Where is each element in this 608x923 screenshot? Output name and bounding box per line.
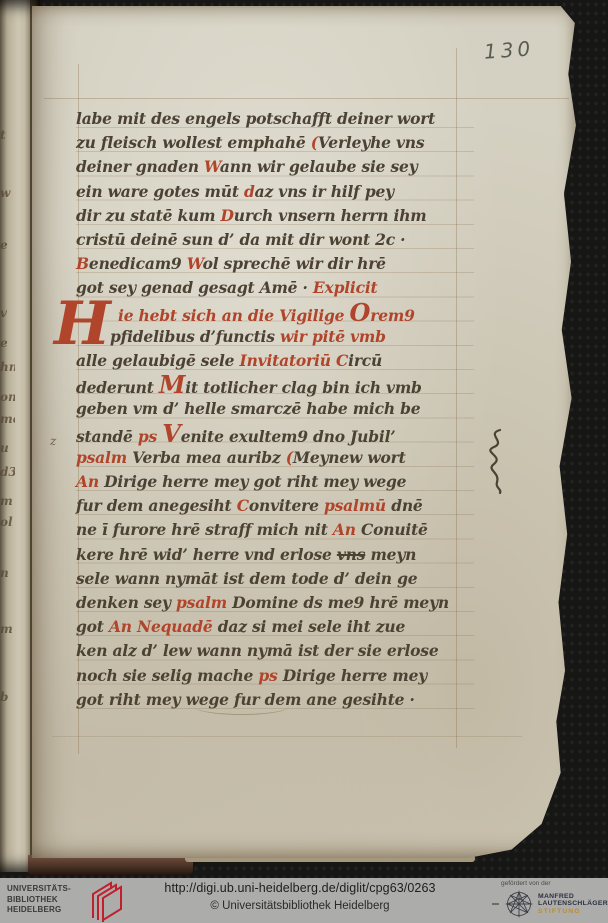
digitization-url: http://digi.ub.uni-heidelberg.de/diglit/…	[120, 881, 480, 895]
ruling-line-bottom	[52, 736, 522, 737]
edge-text-fragment: ol	[0, 515, 15, 529]
edge-text-fragment: ont	[0, 390, 15, 404]
manuscript-line: kere hrē wid’ herre vnd erlose vns meyn	[76, 543, 416, 567]
folio-number: 130	[483, 36, 535, 63]
manuscript-line: fur dem anegesiht Convitere psalmū dnē	[76, 494, 423, 518]
faint-pen-stroke	[194, 698, 289, 715]
footer-bar: UNIVERSITÄTS- BIBLIOTHEK HEIDELBERG http…	[0, 878, 608, 923]
footer-caption: http://digi.ub.uni-heidelberg.de/diglit/…	[120, 881, 480, 912]
book-bottom-edge	[28, 855, 193, 875]
edge-text-fragment: m	[0, 494, 15, 508]
edge-text-fragment: u	[0, 441, 15, 455]
manuscript-line: dederunt Mit totlicher clag bin ich vmb	[76, 373, 422, 400]
manuscript-page: 130 H labe mit des engels potschafft dei…	[32, 6, 577, 858]
edge-text-fragment: m	[0, 622, 15, 636]
funder-name-line3: STIFTUNG	[538, 908, 608, 916]
manuscript-line: ie hebt sich an die Vigilige Orem9	[118, 301, 415, 328]
edge-text-fragment: b	[0, 690, 15, 704]
funder-name-line2: LAUTENSCHLÄGER	[538, 900, 608, 908]
edge-text-fragment: v	[0, 306, 15, 320]
manuscript-line: got An Nequadē daz si mei sele iht zue	[76, 615, 405, 639]
manuscript-line: zu fleisch wollest emphahē (Verleyhe vns	[76, 131, 424, 155]
funder-block: gefördert von der MANFRED LAUTENSCHLÄGER…	[492, 880, 608, 920]
edge-text-fragment: hn	[0, 360, 15, 374]
stiftung-compass-icon	[503, 888, 535, 920]
manuscript-line: geben vm d’ helle smarczē habe mich be	[76, 397, 420, 421]
manuscript-line: psalm Verba mea auribz (Meynew wort	[76, 446, 406, 470]
copyright-text: © Universitätsbibliothek Heidelberg	[120, 900, 480, 912]
manuscript-line: Benedicam9 Wol sprechē wir dir hrē	[76, 252, 386, 276]
edge-text-fragment: me	[0, 412, 15, 426]
manuscript-line: got sey genad gesagt Amē · Explicit	[76, 276, 377, 300]
manuscript-line: An Dirige herre mey got riht mey wege	[76, 470, 406, 494]
manuscript-line: pfidelibus d’functis wir pitē vmb	[110, 325, 386, 349]
library-name-line3: HEIDELBERG	[7, 905, 71, 916]
manuscript-line: denken sey psalm Domine ds me9 hrē meyn	[76, 591, 449, 615]
funder-name: MANFRED LAUTENSCHLÄGER STIFTUNG	[538, 893, 608, 916]
margin-flourish-mark	[480, 426, 514, 496]
edge-text-fragment: d3	[0, 465, 15, 479]
manuscript-line: cristū deinē sun d’ da mit dir wont 2c ·	[76, 228, 405, 252]
digitized-manuscript-view: twevehnontmeud3molnmb 130 H labe mit des…	[0, 0, 608, 923]
library-name-line2: BIBLIOTHEK	[7, 895, 71, 906]
manuscript-line: deiner gnaden Wann wir gelaube sie sey	[76, 155, 418, 179]
manuscript-line: ne ī furore hrē straff mich nit An Conui…	[76, 518, 428, 542]
manuscript-line: ken alz d’ lew wann nymā ist der sie erl…	[76, 639, 439, 663]
edge-text-fragment: w	[0, 186, 15, 200]
edge-text-fragment: e	[0, 336, 15, 350]
library-logo-text: UNIVERSITÄTS- BIBLIOTHEK HEIDELBERG	[7, 884, 71, 916]
manuscript-line: standē ps Venite exultem9 dno Jubil’	[76, 422, 395, 449]
dash-mark	[492, 903, 499, 905]
manuscript-line: sele wann nymāt ist dem tode d’ dein ge	[76, 567, 417, 591]
manuscript-line: noch sie selig mache ps Dirige herre mey	[76, 664, 427, 688]
manuscript-textblock: labe mit des engels potschafft deiner wo…	[76, 107, 474, 715]
edge-text-fragment: e	[0, 238, 15, 252]
manuscript-line: alle gelaubigē sele Invitatoriū Circū	[76, 349, 382, 373]
manuscript-line: ein ware gotes mūt daz vns ir hilf pey	[76, 180, 394, 204]
ruling-line-top	[44, 98, 569, 99]
library-name-line1: UNIVERSITÄTS-	[7, 884, 71, 895]
manuscript-line: dir zu statē kum Durch vnsern herrn ihm	[76, 204, 427, 228]
edge-text-fragment: n	[0, 566, 15, 580]
manuscript-line: labe mit des engels potschafft deiner wo…	[76, 107, 435, 131]
funder-pretext: gefördert von der	[501, 880, 608, 887]
left-margin-mark: z	[50, 434, 56, 448]
edge-text-fragment: t	[0, 128, 15, 142]
